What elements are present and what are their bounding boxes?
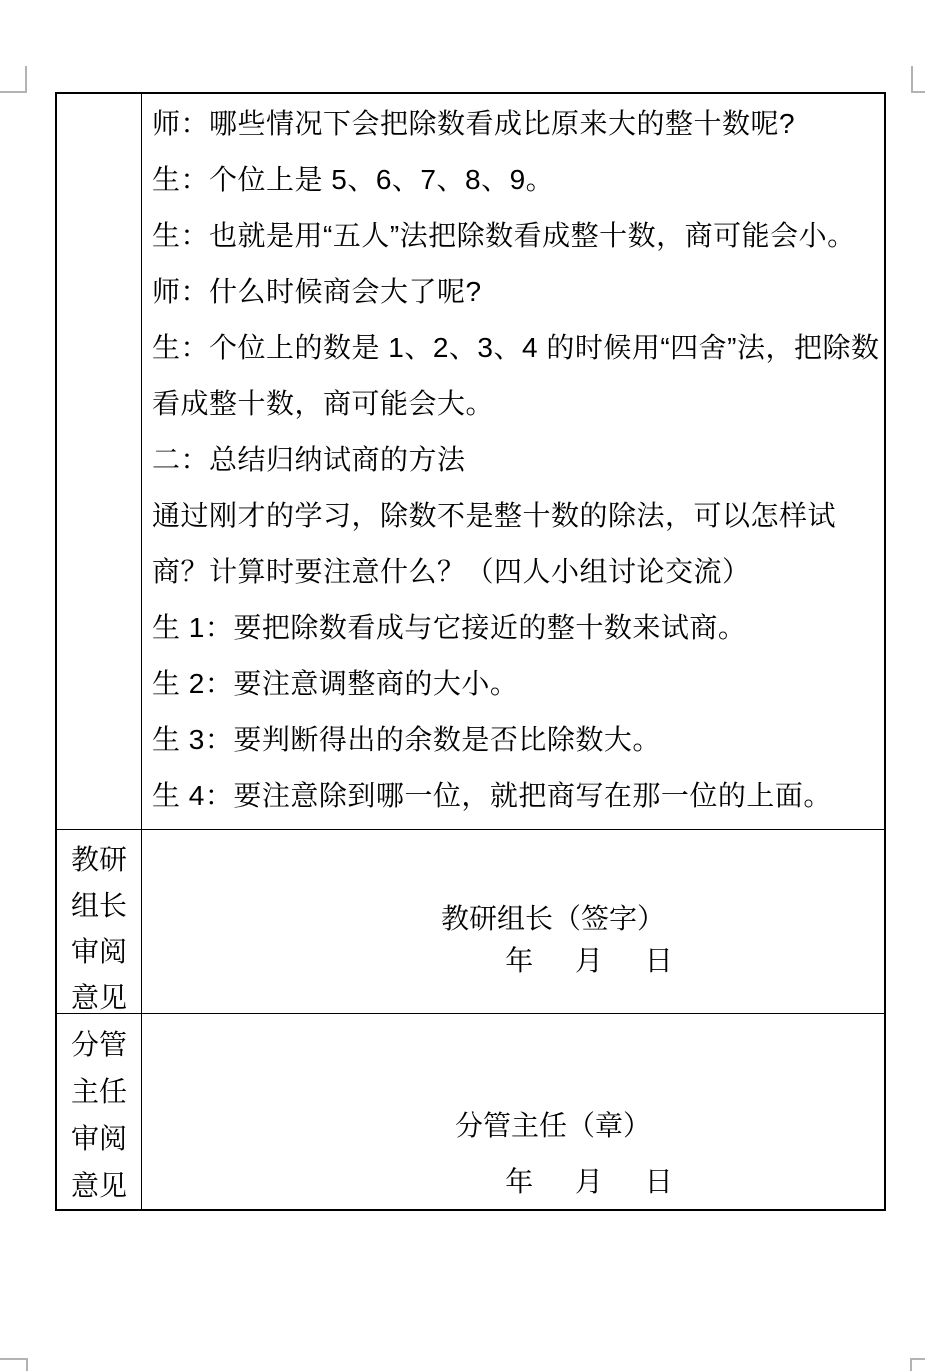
review-label-line: 审阅	[71, 937, 127, 967]
review-content-deputy-director: 分管主任（章） 年 月 日	[142, 1014, 884, 1209]
empty-side-cell	[57, 94, 142, 830]
margin-crop-mark-top-right	[911, 66, 925, 93]
date-line: 年 月 日	[505, 1166, 673, 1198]
review-content-teaching-research-leader: 教研组长（签字） 年 月 日	[142, 830, 884, 1014]
dialogue-paragraph: 通过刚才的学习，除数不是整十数的除法，可以怎样试商？计算时要注意什么？（四人小组…	[152, 488, 880, 600]
review-label-line: 组长	[71, 891, 127, 921]
dialogue-paragraph: 师：哪些情况下会把除数看成比原来大的整十数呢?	[152, 96, 880, 152]
margin-crop-mark-bottom-right	[910, 1358, 925, 1371]
margin-crop-mark-bottom-left	[0, 1358, 28, 1371]
review-label-line: 意见	[71, 983, 127, 1013]
margin-crop-mark-top-left	[0, 66, 27, 93]
dialogue-paragraph: 生：个位上是 5、6、7、8、9。	[152, 152, 880, 208]
dialogue-paragraph: 生 2：要注意调整商的大小。	[152, 656, 880, 712]
dialogue-paragraph: 生 4：要注意除到哪一位，就把商写在那一位的上面。	[152, 768, 880, 824]
dialogue-paragraph: 生 3：要判断得出的余数是否比除数大。	[152, 712, 880, 768]
lesson-dialogue-cell: 师：哪些情况下会把除数看成比原来大的整十数呢?生：个位上是 5、6、7、8、9。…	[142, 94, 884, 830]
review-label-deputy-director: 分管主任审阅意见	[57, 1014, 142, 1209]
dialogue-paragraph: 生：个位上的数是 1、2、3、4 的时候用“四舍”法，把除数看成整十数，商可能会…	[152, 320, 880, 432]
document-page: 师：哪些情况下会把除数看成比原来大的整十数呢?生：个位上是 5、6、7、8、9。…	[0, 0, 925, 1371]
date-line: 年 月 日	[505, 945, 673, 977]
dialogue-paragraph: 生：也就是用“五人”法把除数看成整十数，商可能会小。	[152, 208, 880, 264]
signer-line: 分管主任（章）	[455, 1109, 651, 1142]
dialogue-paragraph: 师：什么时候商会大了呢?	[152, 264, 880, 320]
review-label-line: 教研	[71, 845, 127, 875]
lesson-plan-table: 师：哪些情况下会把除数看成比原来大的整十数呢?生：个位上是 5、6、7、8、9。…	[55, 92, 886, 1211]
review-label-line: 分管	[71, 1030, 127, 1060]
review-label-line: 主任	[71, 1077, 127, 1107]
dialogue-paragraph: 生 1：要把除数看成与它接近的整十数来试商。	[152, 600, 880, 656]
review-label-teaching-research-leader: 教研组长审阅意见	[57, 830, 142, 1014]
dialogue-paragraph: 二：总结归纳试商的方法	[152, 432, 880, 488]
review-label-line: 意见	[71, 1171, 127, 1201]
review-label-line: 审阅	[71, 1124, 127, 1154]
signer-line: 教研组长（签字）	[441, 902, 665, 935]
